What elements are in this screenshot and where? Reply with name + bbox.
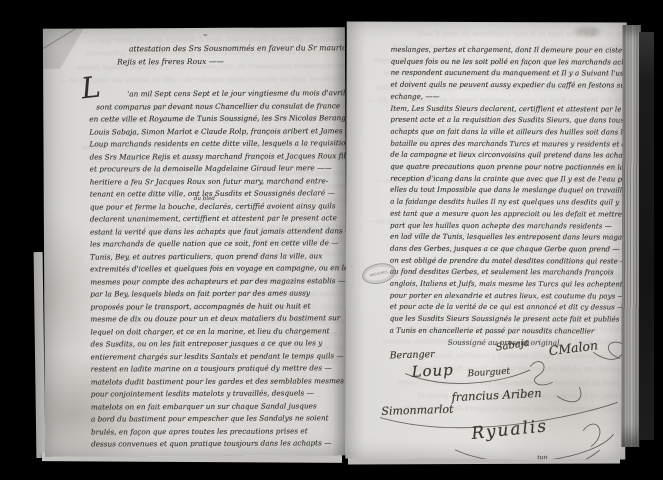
manuscript-line: a bord du bastiment pour empescher que l…: [345, 376, 625, 390]
manuscript-line: que les Susdits Sieurs Soussignés le pre…: [390, 313, 622, 326]
manuscript-line: de la campagne et lieux circonvoisins qu…: [390, 149, 622, 162]
manuscript-line: restent en ladite marine on a tousjours …: [91, 362, 343, 376]
illuminated-initial: L: [81, 81, 102, 96]
manuscript-line: reception d'icang dans la crainte que av…: [390, 172, 622, 185]
manuscript-line: a bord du bastiment pour empescher que l…: [91, 412, 343, 426]
manuscript-line: pour conjointement lesdits matelots y tr…: [91, 387, 343, 401]
folio-number: 2: [591, 28, 600, 37]
manuscript-line: pour porter en alexandrie et autres lieu…: [390, 289, 622, 302]
manuscript-line: et doivent quils ne peuvent aussy expedi…: [391, 79, 623, 92]
manuscript-line: les marchands de quelle nation que ce so…: [90, 237, 342, 251]
manuscript-line: tenant en cette ditte ville, ont les Sus…: [90, 187, 342, 201]
heading-line: attestation des Srs Sousnommés en faveur…: [129, 41, 347, 55]
manuscript-line: part que les huilles quon achepte des ma…: [390, 219, 622, 232]
correction-mark: ≈: [203, 32, 208, 39]
manuscript-line: ne respondent aucunement du manquement e…: [391, 67, 623, 80]
interlinear-insertion: du bled: [194, 193, 215, 206]
manuscript-line: est tant que a mesure quon les apprecioi…: [390, 208, 622, 221]
manuscript-line: dessus convenues et quon pratique tousjo…: [345, 403, 625, 417]
manuscript-line: extremités d'icelles et quelques fois en…: [90, 262, 342, 276]
manuscript-line: des Susdits, ou on les fait entreposer j…: [91, 337, 343, 351]
signature-note: tun: [537, 454, 548, 460]
act-body-left: L 'an mil Sept cens Sept et le jour ving…: [89, 87, 343, 451]
manuscript-line: present acte et a la requisition des Sus…: [390, 114, 622, 127]
manuscript-line: on est obligé de prendre du matel desdit…: [390, 254, 622, 267]
manuscript-line: en lad ville de Tunis, lesquelles les en…: [390, 231, 622, 244]
manuscript-line: que quatre precautions quon prenne pour …: [390, 161, 622, 174]
book-fore-edge: [621, 25, 640, 447]
manuscript-lines-right: meslanges, pertes et chargement, dont Il…: [390, 44, 623, 337]
manuscript-lines-left: 'an mil Sept cens Sept et le jour vingti…: [89, 87, 343, 451]
act-heading: attestation des Srs Sousnommés en faveur…: [129, 41, 347, 68]
signature-chancellor-paraph: Ryualis: [471, 416, 549, 444]
manuscript-line: Item, Les Susdits Sieurs declarent, cert…: [390, 102, 622, 115]
manuscript-line: meslanges, pertes et chargement, dont Il…: [391, 44, 623, 57]
archive-stamp-label: ARCHIVES: [369, 270, 388, 278]
manuscript-line: au fond desdites Gerbes, et seulement le…: [390, 266, 622, 279]
manuscript-line: anglois, Italiens et Juifs, mais mesme l…: [390, 278, 622, 291]
manuscript-line: brulés, en façon que apres toutes les pr…: [345, 389, 625, 403]
manuscript-line: achapts que on fait dans la ville et ail…: [390, 126, 622, 139]
manuscript-page-right: 'an mil Sept cens Sept et le jour vingti…: [345, 22, 627, 460]
manuscript-line: quelques fois ou ne les soit pollé en fa…: [391, 55, 623, 68]
signature-aribert: francius Ariben: [451, 386, 542, 404]
manuscript-line: mesme de dix ou douze pour un et deux ma…: [90, 312, 342, 326]
closing-formula: Soussigné au present original: [390, 336, 622, 349]
manuscript-line: pour conjointement lesdits matelots y tr…: [346, 349, 626, 363]
manuscript-line: a Tunis en chancellerie et passé par nou…: [390, 325, 622, 338]
manuscript-line: 'an mil Sept cens Sept et le jour vingti…: [89, 87, 341, 101]
manuscript-line: echange, ——: [390, 90, 622, 103]
manuscript-line: par la Bey, lesquels bleds on fait porte…: [90, 287, 342, 301]
manuscript-line: bataille ou apres des marchands Turcs et…: [390, 137, 622, 150]
manuscript-line: matelots on en fait embarquer un sur cha…: [346, 363, 626, 377]
heading-line: Rejis et les freres Roux ——: [117, 54, 347, 68]
manuscript-page-left: meslanges, pertes et chargement, dont Il…: [43, 27, 347, 457]
manuscript-line: et procureurs de la demoiselle Magdelain…: [90, 162, 342, 176]
manuscript-line: declarent unanimement, certiffient et at…: [90, 212, 342, 226]
signature-loup: Loup: [411, 361, 454, 381]
manuscript-line: a la faidange desdits huiles Il ny est q…: [390, 196, 622, 209]
manuscript-line: en cette ville et Royaume de Tunis Souss…: [89, 112, 341, 126]
signature-marlot: Simonmarlot: [381, 403, 453, 418]
manuscript-line: dans des Gerbes, jusques a ce que chaque…: [390, 243, 622, 256]
manuscript-line: dessus convenues et quon pratique tousjo…: [91, 437, 343, 451]
manuscript-line: Loup marchands residents en cette ditte …: [89, 137, 341, 151]
manuscript-line: elles du tout Impossible que dans le mes…: [390, 184, 622, 197]
archive-scan-viewport: meslanges, pertes et chargement, dont Il…: [0, 0, 663, 480]
act-body-right: meslanges, pertes et chargement, dont Il…: [390, 44, 623, 349]
signature-bourguet: Bourguet: [467, 367, 510, 380]
book-cover-edge: [639, 32, 654, 440]
page-corner-crease-shade: [43, 28, 107, 68]
signature-beranger: Beranger: [389, 349, 434, 361]
manuscript-line: et pour acte de la verité de ce qui est …: [390, 301, 622, 314]
